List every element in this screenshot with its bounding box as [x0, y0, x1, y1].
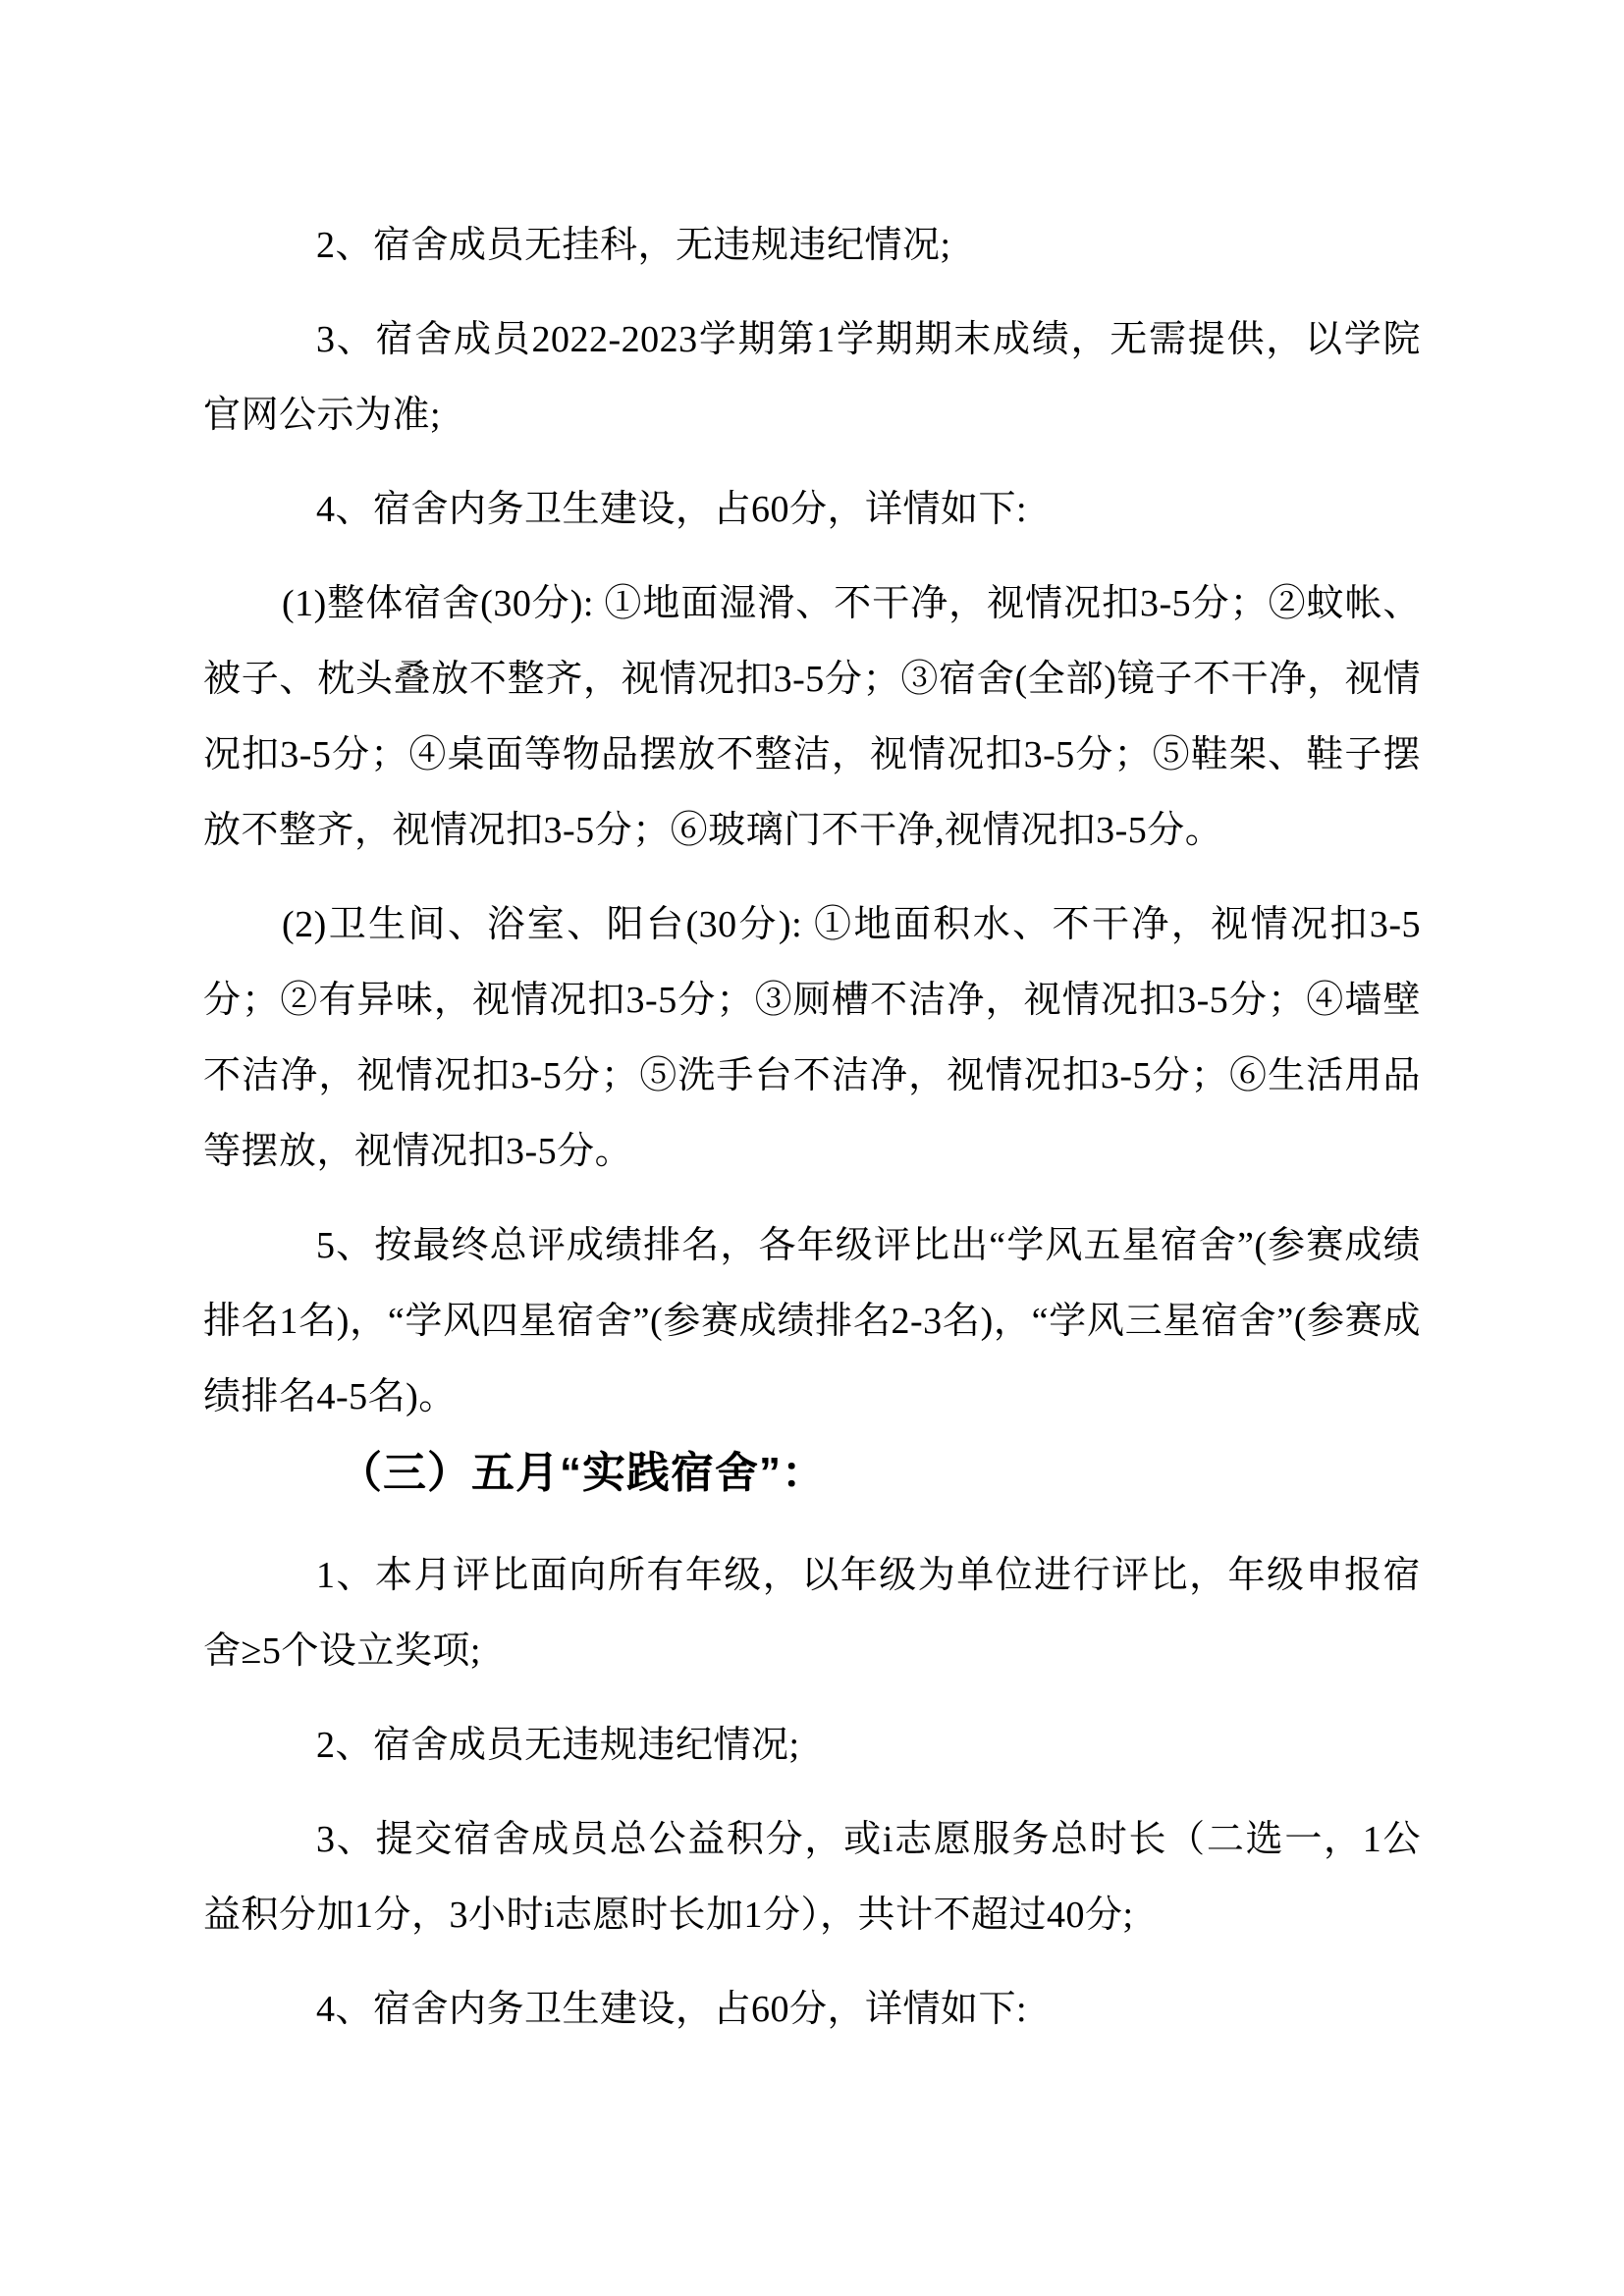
paragraph-may-rule-4: 4、宿舍内务卫生建设，占60分，详情如下:: [203, 1972, 1421, 2048]
text-line: 排名1名)，“学风四星宿舍”(参赛成绩排名2-3名)，“学风三星宿舍”(参赛成: [203, 1284, 1421, 1360]
text-line: 2、宿舍成员无违规违纪情况;: [203, 1708, 1421, 1784]
paragraph-may-rule-2: 2、宿舍成员无违规违纪情况;: [203, 1708, 1421, 1784]
text-line: 3、提交宿舍成员总公益积分，或i志愿服务总时长（二选一，1公: [203, 1802, 1421, 1878]
text-line: 分；②有异味，视情况扣3-5分；③厕槽不洁净，视情况扣3-5分；④墙壁: [203, 963, 1421, 1039]
paragraph-detail-2-bathroom-balcony: (2)卫生间、浴室、阳台(30分): ①地面积水、不干净，视情况扣3-5 分；②…: [203, 887, 1421, 1190]
text-line: 4、宿舍内务卫生建设，占60分，详情如下:: [203, 1972, 1421, 2048]
document-page: 2、宿舍成员无挂科，无违规违纪情况; 3、宿舍成员2022-2023学期第1学期…: [0, 0, 1624, 2296]
text-line: 4、宿舍内务卫生建设，占60分，详情如下:: [203, 472, 1421, 548]
document-body: 2、宿舍成员无挂科，无违规违纪情况; 3、宿舍成员2022-2023学期第1学期…: [203, 208, 1421, 2066]
text-line: 官网公示为准;: [203, 378, 1421, 454]
text-line: 不洁净，视情况扣3-5分；⑤洗手台不洁净，视情况扣3-5分；⑥生活用品: [203, 1039, 1421, 1114]
section-heading-text: （三）五月“实践宿舍”：: [203, 1435, 1421, 1511]
text-line: 5、按最终总评成绩排名，各年级评比出“学风五星宿舍”(参赛成绩: [203, 1208, 1421, 1284]
text-line: 舍≥5个设立奖项;: [203, 1614, 1421, 1689]
paragraph-rule-4: 4、宿舍内务卫生建设，占60分，详情如下:: [203, 472, 1421, 548]
text-line: (2)卫生间、浴室、阳台(30分): ①地面积水、不干净，视情况扣3-5: [203, 887, 1421, 963]
text-line: 1、本月评比面向所有年级，以年级为单位进行评比，年级申报宿: [203, 1538, 1421, 1614]
paragraph-rule-2: 2、宿舍成员无挂科，无违规违纪情况;: [203, 208, 1421, 284]
text-line: 况扣3-5分；④桌面等物品摆放不整洁，视情况扣3-5分；⑤鞋架、鞋子摆: [203, 718, 1421, 793]
text-line: (1)整体宿舍(30分): ①地面湿滑、不干净，视情况扣3-5分；②蚊帐、: [203, 566, 1421, 642]
text-line: 等摆放，视情况扣3-5分。: [203, 1114, 1421, 1190]
text-line: 2、宿舍成员无挂科，无违规违纪情况;: [203, 208, 1421, 284]
paragraph-rule-5: 5、按最终总评成绩排名，各年级评比出“学风五星宿舍”(参赛成绩 排名1名)，“学…: [203, 1208, 1421, 1435]
paragraph-may-rule-3: 3、提交宿舍成员总公益积分，或i志愿服务总时长（二选一，1公 益积分加1分，3小…: [203, 1802, 1421, 1953]
section-heading-may: （三）五月“实践宿舍”：: [203, 1435, 1421, 1511]
text-line: 益积分加1分，3小时i志愿时长加1分），共计不超过40分;: [203, 1878, 1421, 1953]
paragraph-rule-3: 3、宿舍成员2022-2023学期第1学期期末成绩，无需提供，以学院 官网公示为…: [203, 302, 1421, 454]
paragraph-detail-1-overall-dorm: (1)整体宿舍(30分): ①地面湿滑、不干净，视情况扣3-5分；②蚊帐、 被子…: [203, 566, 1421, 869]
text-line: 3、宿舍成员2022-2023学期第1学期期末成绩，无需提供，以学院: [203, 302, 1421, 378]
paragraph-may-rule-1: 1、本月评比面向所有年级，以年级为单位进行评比，年级申报宿 舍≥5个设立奖项;: [203, 1538, 1421, 1689]
text-line: 放不整齐，视情况扣3-5分；⑥玻璃门不干净,视情况扣3-5分。: [203, 793, 1421, 869]
text-line: 绩排名4-5名)。: [203, 1360, 1421, 1435]
text-line: 被子、枕头叠放不整齐，视情况扣3-5分；③宿舍(全部)镜子不干净，视情: [203, 642, 1421, 718]
